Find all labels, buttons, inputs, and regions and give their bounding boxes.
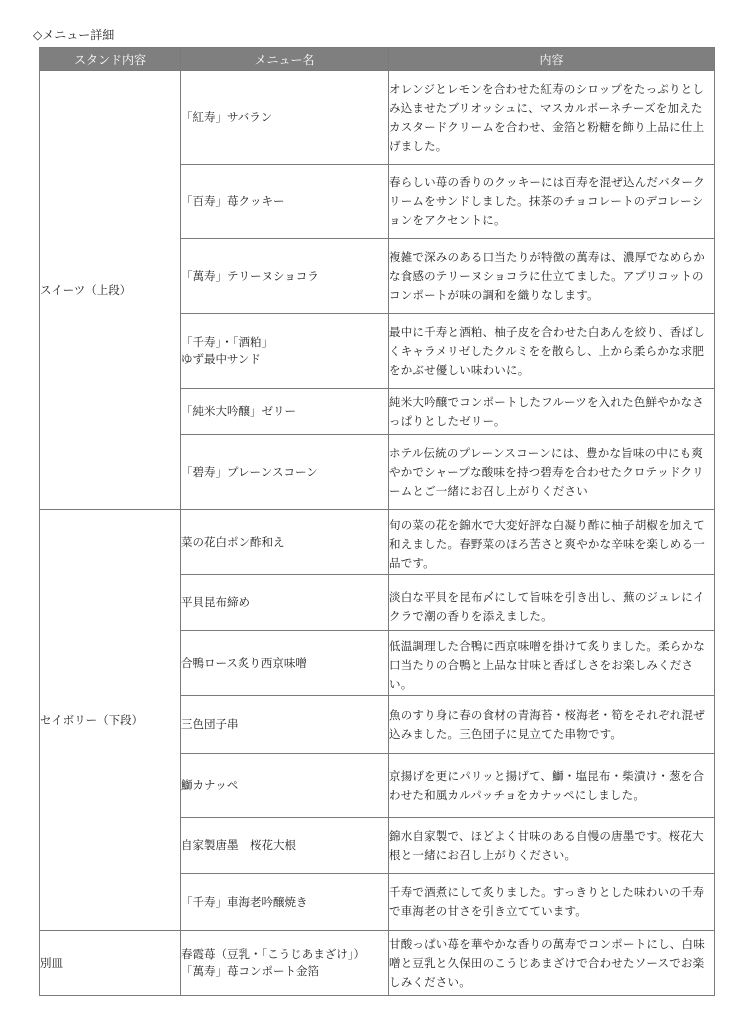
menu-name: 鰤カナッペ bbox=[181, 754, 389, 818]
menu-description: 旬の菜の花を錦水で大変好評な白凝り酢に柚子胡椒を加えて和えました。春野菜のほろ苦… bbox=[389, 510, 715, 575]
menu-description: 甘酸っぱい苺を華やかな香りの萬寿でコンポートにし、白味噌と豆乳と久保田のこうじあ… bbox=[389, 931, 715, 996]
menu-description: オレンジとレモンを合わせた紅寿のシロップをたっぷりとしみ込ませたブリオッシュに、… bbox=[389, 71, 715, 165]
menu-name: 合鴨ロース炙り西京味噌 bbox=[181, 631, 389, 696]
menu-name: 春霞苺（豆乳・「こうじあまざけ」） 「萬寿」苺コンポート金箔 bbox=[181, 931, 389, 996]
menu-description: 京揚げを更にパリッと揚げて、鰤・塩昆布・柴漬け・葱を合わせた和風カルパッチョをカ… bbox=[389, 754, 715, 818]
menu-description: 千寿で酒煮にして炙りました。すっきりとした味わいの千寿で車海老の甘さを引き立てて… bbox=[389, 874, 715, 931]
table-header-row: スタンド内容 メニュー名 内容 bbox=[40, 48, 715, 71]
section-heading: ◇メニュー詳細 bbox=[33, 27, 114, 43]
menu-name: 「千寿」車海老吟醸焼き bbox=[181, 874, 389, 931]
stand-savory: セイボリー（下段） bbox=[40, 510, 181, 931]
stand-separate-plate: 別皿 bbox=[40, 931, 181, 996]
menu-description: 淡白な平貝を昆布〆にして旨味を引き出し、蕪のジュレにイクラで潮の香りを添えました… bbox=[389, 575, 715, 631]
table-row: 別皿 春霞苺（豆乳・「こうじあまざけ」） 「萬寿」苺コンポート金箔 甘酸っぱい苺… bbox=[40, 931, 715, 996]
stand-sweets: スイーツ（上段） bbox=[40, 71, 181, 510]
table-row: セイボリー（下段） 菜の花白ポン酢和え 旬の菜の花を錦水で大変好評な白凝り酢に柚… bbox=[40, 510, 715, 575]
menu-name: 「純米大吟醸」ゼリー bbox=[181, 389, 389, 435]
menu-name: 平貝昆布締め bbox=[181, 575, 389, 631]
menu-description: 複雑で深みのある口当たりが特徴の萬寿は、濃厚でなめらかな食感のテリーヌショコラに… bbox=[389, 239, 715, 314]
menu-name: 「千寿」・「酒粕」 ゆず最中サンド bbox=[181, 314, 389, 389]
menu-name: 「百寿」苺クッキー bbox=[181, 165, 389, 239]
menu-name: 三色団子串 bbox=[181, 696, 389, 754]
menu-detail-table: スタンド内容 メニュー名 内容 スイーツ（上段） 「紅寿」サバラン オレンジとレ… bbox=[39, 47, 715, 996]
menu-name: 自家製唐墨 桜花大根 bbox=[181, 818, 389, 874]
menu-name: 菜の花白ポン酢和え bbox=[181, 510, 389, 575]
menu-name: 「紅寿」サバラン bbox=[181, 71, 389, 165]
menu-description: 春らしい苺の香りのクッキーには百寿を混ぜ込んだバタークリームをサンドしました。抹… bbox=[389, 165, 715, 239]
menu-name: 「萬寿」テリーヌショコラ bbox=[181, 239, 389, 314]
menu-description: 錦水自家製で、ほどよく甘味のある自慢の唐墨です。桜花大根と一緒にお召し上がりくだ… bbox=[389, 818, 715, 874]
menu-description: ホテル伝統のプレーンスコーンには、豊かな旨味の中にも爽やかでシャープな酸味を持つ… bbox=[389, 435, 715, 510]
menu-description: 最中に千寿と酒粕、柚子皮を合わせた白あんを絞り、香ばしくキャラメリゼしたクルミを… bbox=[389, 314, 715, 389]
header-description: 内容 bbox=[389, 48, 715, 71]
table-row: スイーツ（上段） 「紅寿」サバラン オレンジとレモンを合わせた紅寿のシロップをた… bbox=[40, 71, 715, 165]
header-menu-name: メニュー名 bbox=[181, 48, 389, 71]
header-stand: スタンド内容 bbox=[40, 48, 181, 71]
menu-description: 純米大吟醸でコンポートしたフルーツを入れた色鮮やかなさっぱりとしたゼリー。 bbox=[389, 389, 715, 435]
menu-description: 低温調理した合鴨に西京味噌を掛けて炙りました。柔らかな口当たりの合鴨と上品な甘味… bbox=[389, 631, 715, 696]
menu-description: 魚のすり身に春の食材の青海苔・桜海老・筍をそれぞれ混ぜ込みました。三色団子に見立… bbox=[389, 696, 715, 754]
menu-name: 「碧寿」プレーンスコーン bbox=[181, 435, 389, 510]
